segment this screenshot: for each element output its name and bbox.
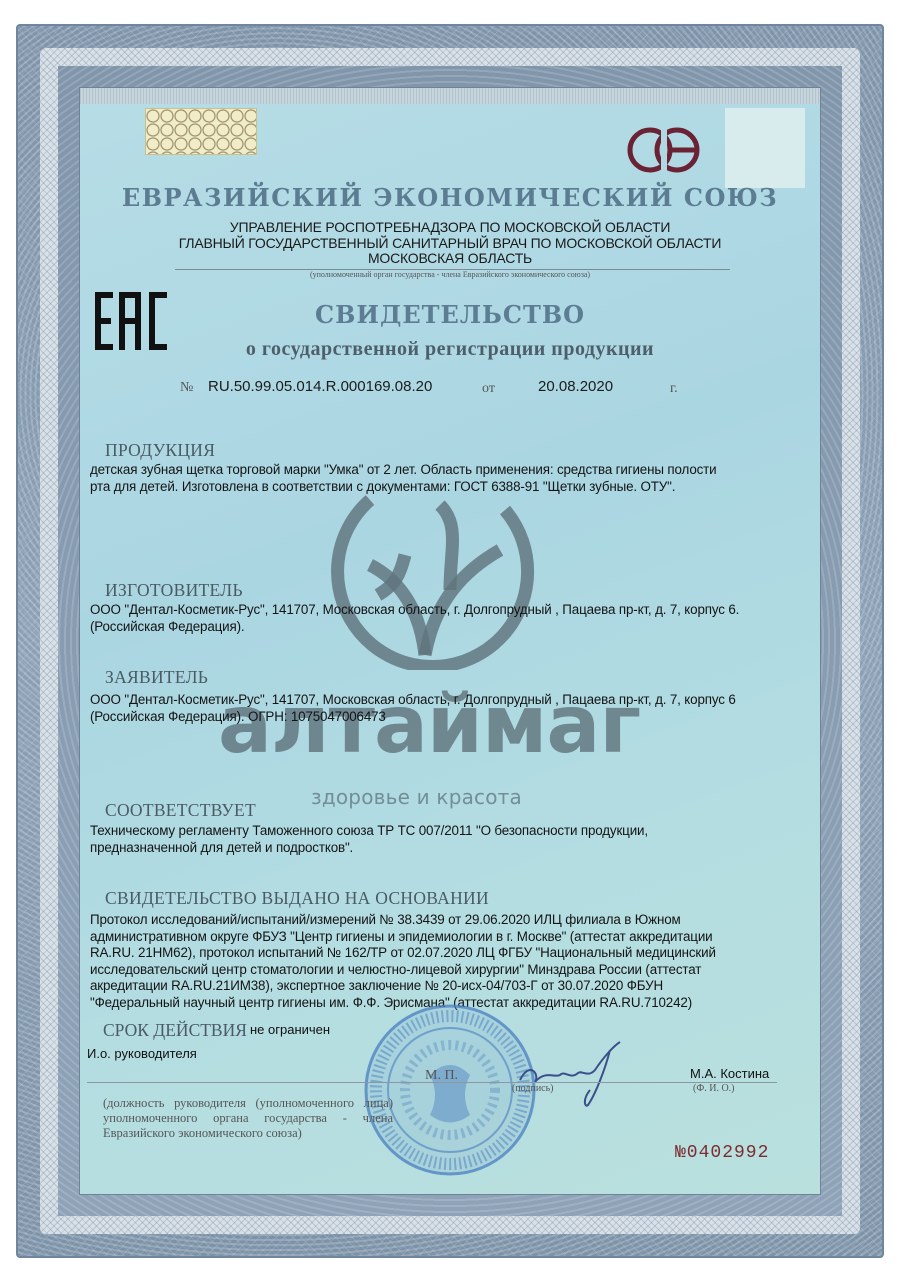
authority-line-2: ГЛАВНЫЙ ГОСУДАРСТВЕННЫЙ САНИТАРНЫЙ ВРАЧ … xyxy=(0,235,900,251)
serial-number: №0402992 xyxy=(675,1143,769,1163)
basis-line: исследовательский центр стоматологии и ч… xyxy=(90,962,790,979)
hologram-sticker xyxy=(145,108,257,155)
complies-line: предназначенной для детей и подростков". xyxy=(90,840,790,857)
certificate-subtitle: о государственной регистрации продукции xyxy=(0,338,900,361)
complies-heading: СООТВЕТСТВУЕТ xyxy=(105,800,256,821)
manufacturer-body: ООО "Дентал-Косметик-Рус", 141707, Моско… xyxy=(90,602,790,635)
basis-heading: СВИДЕТЕЛЬСТВО ВЫДАНО НА ОСНОВАНИИ xyxy=(105,888,489,909)
applicant-line: (Российская Федерация). ОГРН: 1075047006… xyxy=(90,709,790,726)
watermark-tree-logo-icon xyxy=(300,480,550,670)
signer-role: И.о. руководителя xyxy=(87,1046,197,1061)
product-heading: ПРОДУКЦИЯ xyxy=(105,440,215,461)
signature-caption: (подпись) xyxy=(512,1083,554,1094)
basis-line: административном округе ФБУЗ "Центр гиги… xyxy=(90,929,790,946)
watermark-tagline: здоровье и красота xyxy=(311,785,522,809)
signature-line xyxy=(87,1082,777,1083)
manufacturer-heading: ИЗГОТОВИТЕЛЬ xyxy=(105,580,243,601)
union-title: ЕВРАЗИЙСКИЙ ЭКОНОМИЧЕСКИЙ СОЮЗ xyxy=(0,183,900,212)
certificate-date: 20.08.2020 xyxy=(538,378,613,395)
se-logo-icon xyxy=(625,125,705,175)
applicant-line: ООО "Дентал-Косметик-Рус", 141707, Моско… xyxy=(90,692,790,709)
complies-body: Техническому регламенту Таможенного союз… xyxy=(90,823,790,856)
basis-line: Протокол исследований/испытаний/измерени… xyxy=(90,912,790,929)
authority-line-3: МОСКОВСКАЯ ОБЛАСТЬ xyxy=(0,250,900,266)
applicant-heading: ЗАЯВИТЕЛЬ xyxy=(105,667,208,688)
product-line: детская зубная щетка торговой марки "Умк… xyxy=(90,462,790,479)
authority-line-1: УПРАВЛЕНИЕ РОСПОТРЕБНАДЗОРА ПО МОСКОВСКО… xyxy=(0,219,900,235)
applicant-body: ООО "Дентал-Косметик-Рус", 141707, Моско… xyxy=(90,692,790,725)
blank-patch xyxy=(725,108,805,188)
validity-heading: СРОК ДЕЙСТВИЯ xyxy=(103,1020,247,1041)
fio-caption: (Ф. И. О.) xyxy=(693,1083,735,1094)
validity-value: не ограничен xyxy=(250,1022,330,1037)
year-suffix: г. xyxy=(670,381,678,397)
product-body: детская зубная щетка торговой марки "Умк… xyxy=(90,462,790,495)
complies-line: Техническому регламенту Таможенного союз… xyxy=(90,823,790,840)
signer-name: М.А. Костина xyxy=(690,1066,769,1081)
manufacturer-line: ООО "Дентал-Косметик-Рус", 141707, Моско… xyxy=(90,602,790,619)
paper-top-strip xyxy=(80,88,820,104)
basis-line: акредитации RA.RU.21ИМ38), экспертное за… xyxy=(90,978,790,995)
number-label: № xyxy=(180,380,193,396)
authority-caption: (уполномоченный орган государства - член… xyxy=(0,270,900,279)
date-label: от xyxy=(482,381,495,397)
position-caption: (должность руководителя (уполномоченного… xyxy=(103,1096,393,1141)
certificate-title: СВИДЕТЕЛЬСТВО xyxy=(0,300,900,329)
basis-body: Протокол исследований/испытаний/измерени… xyxy=(90,912,790,1011)
manufacturer-line: (Российская Федерация). xyxy=(90,619,790,636)
signature-icon xyxy=(510,1040,630,1110)
basis-line: RA.RU. 21НМ62), протокол испытаний № 162… xyxy=(90,945,790,962)
certificate-number: RU.50.99.05.014.R.000169.08.20 xyxy=(208,378,432,395)
product-line: рта для детей. Изготовлена в соответстви… xyxy=(90,479,790,496)
